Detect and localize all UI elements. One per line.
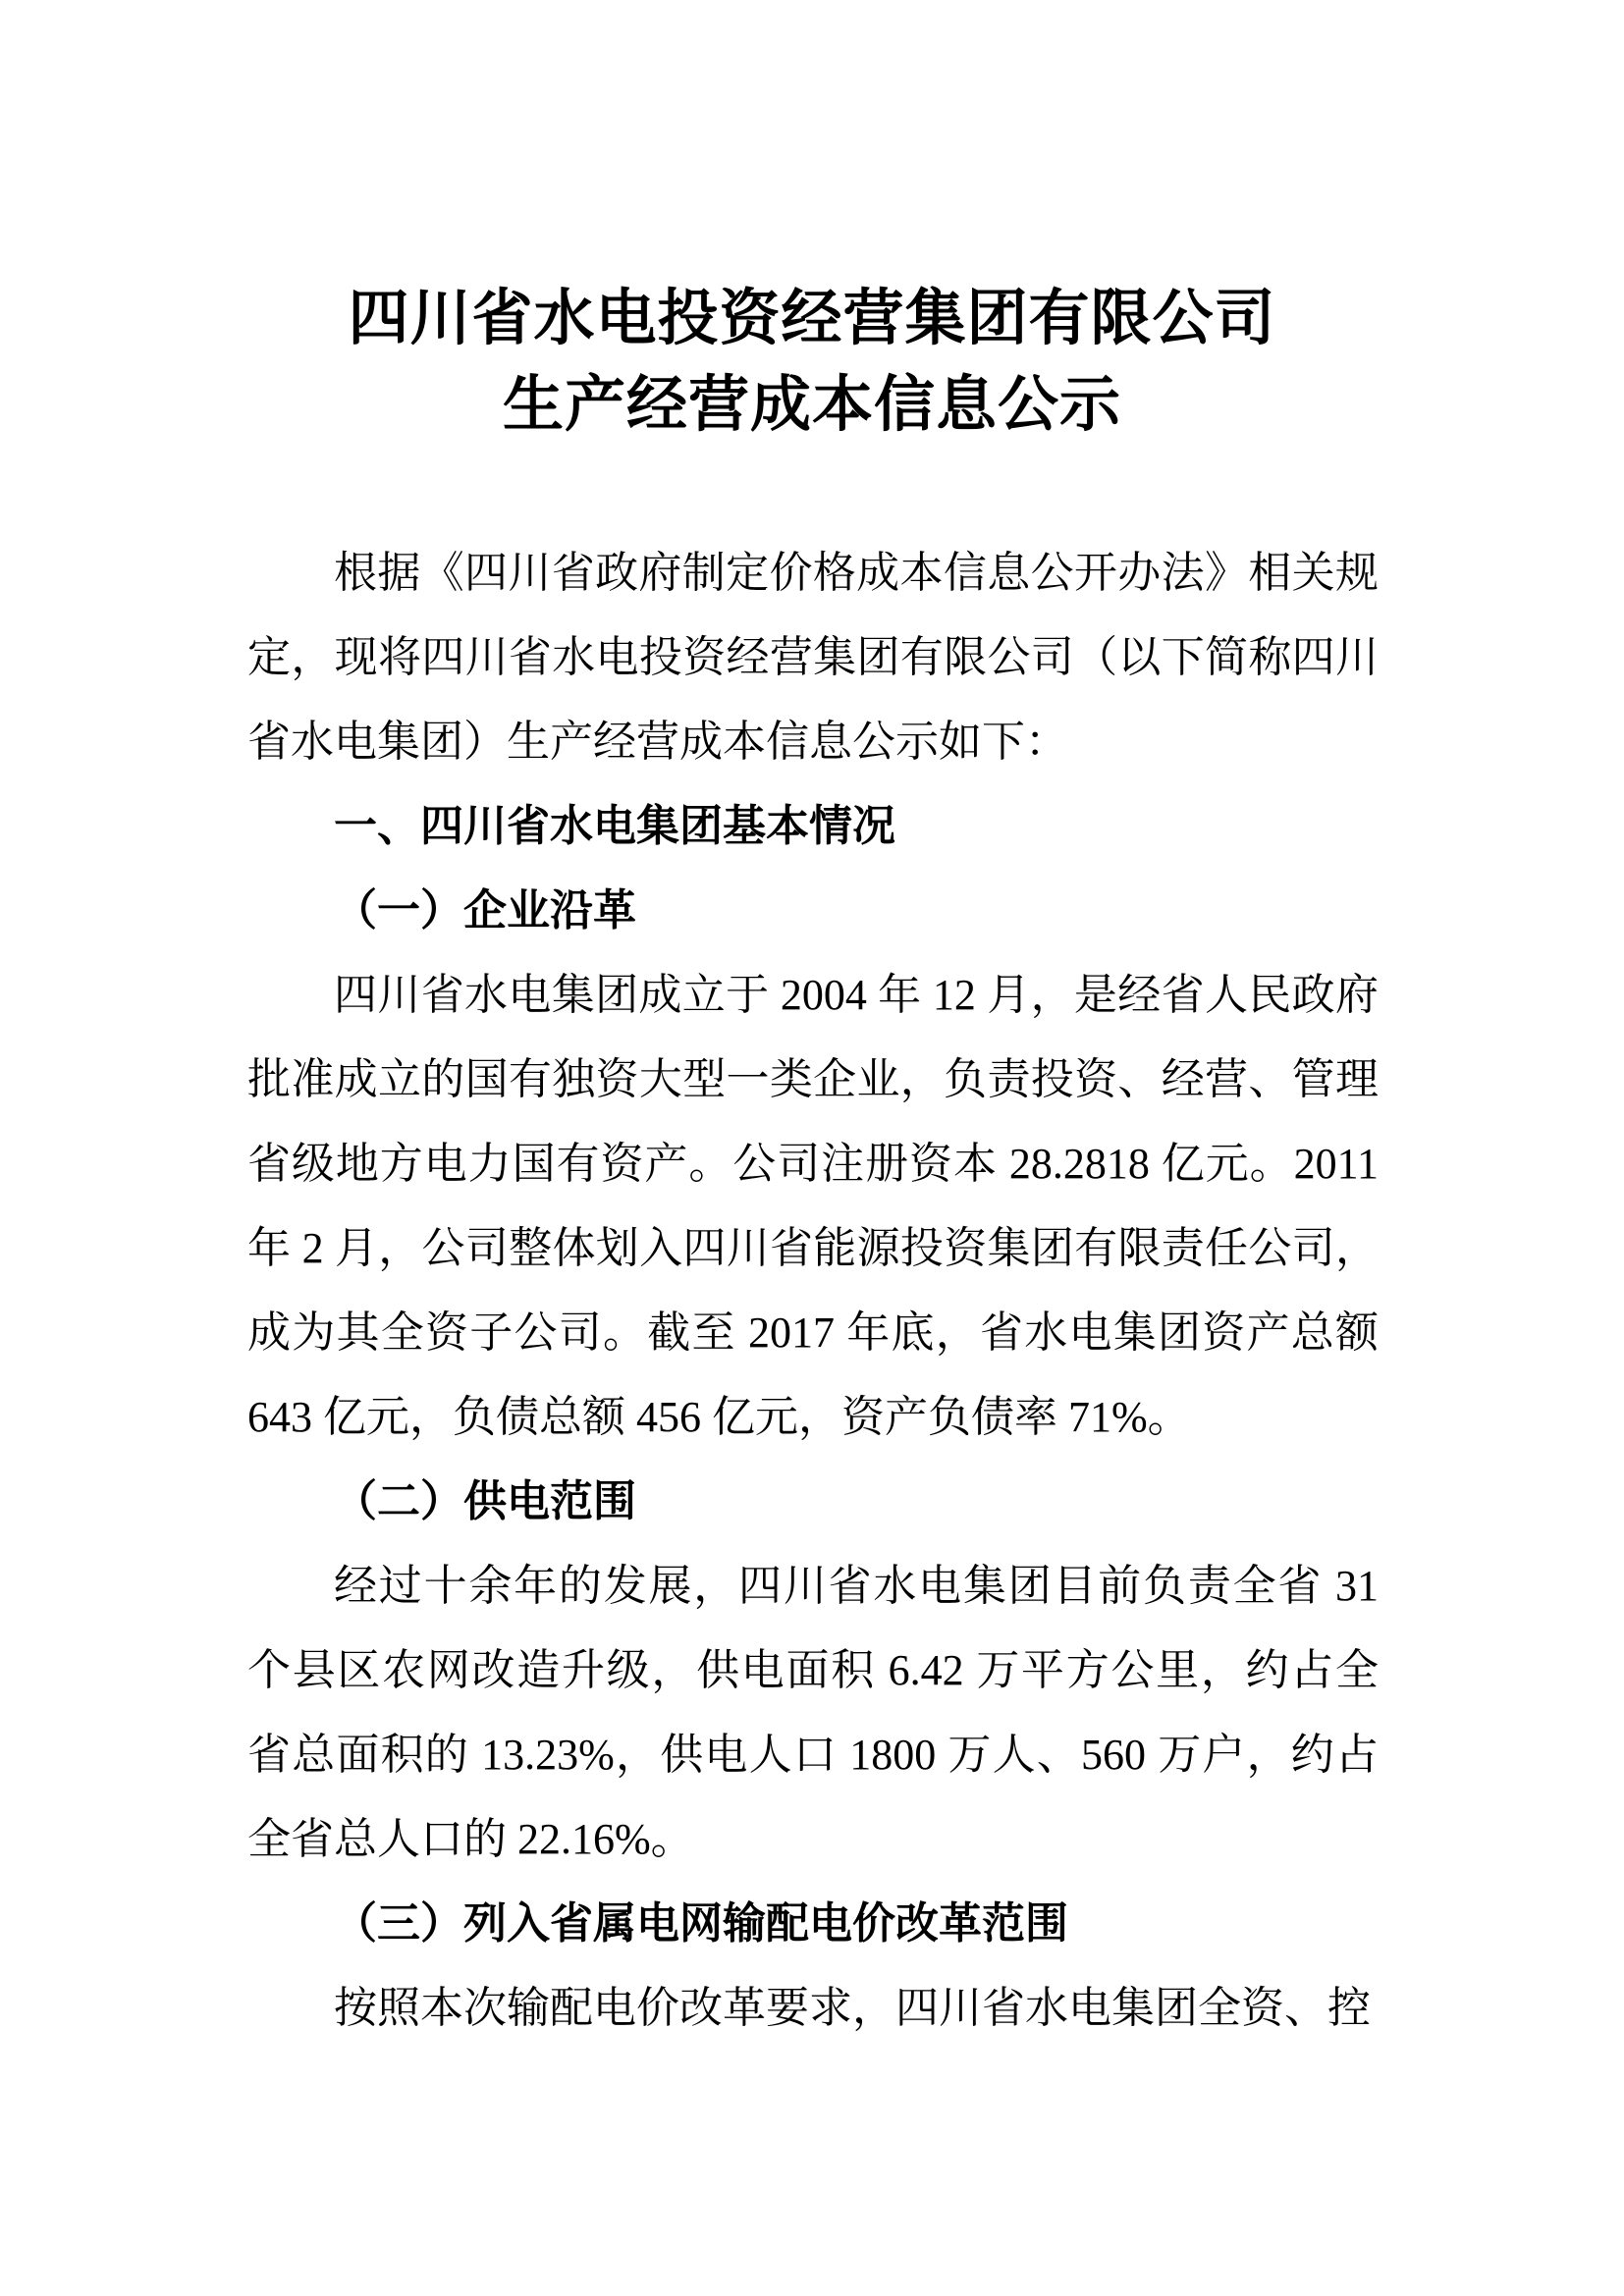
doc-body: 根据《四川省政府制定价格成本信息公开办法》相关规定，现将四川省水电投资经营集团有… [247,531,1379,2051]
doc-title-line-2: 生产经营成本信息公示 [0,362,1624,449]
subsection-heading-tariff-reform-scope: （三）列入省属电网输配电价改革范围 [247,1882,1379,1966]
subsection-heading-power-supply-scope: （二）供电范围 [247,1460,1379,1544]
document-page: 四川省水电投资经营集团有限公司 生产经营成本信息公示 根据《四川省政府制定价格成… [0,0,1624,2296]
intro-paragraph: 根据《四川省政府制定价格成本信息公开办法》相关规定，现将四川省水电投资经营集团有… [247,531,1379,784]
enterprise-history-paragraph: 四川省水电集团成立于 2004 年 12 月，是经省人民政府批准成立的国有独资大… [247,953,1379,1460]
subsection-heading-enterprise-history: （一）企业沿革 [247,869,1379,953]
tariff-reform-paragraph-partial: 按照本次输配电价改革要求，四川省水电集团全资、控 [247,1966,1379,2051]
power-supply-scope-paragraph: 经过十余年的发展，四川省水电集团目前负责全省 31 个县区农网改造升级，供电面积… [247,1544,1379,1882]
doc-title: 四川省水电投资经营集团有限公司 生产经营成本信息公示 [0,0,1624,449]
section-heading-basic-situation: 一、四川省水电集团基本情况 [247,784,1379,869]
doc-title-line-1: 四川省水电投资经营集团有限公司 [0,276,1624,362]
